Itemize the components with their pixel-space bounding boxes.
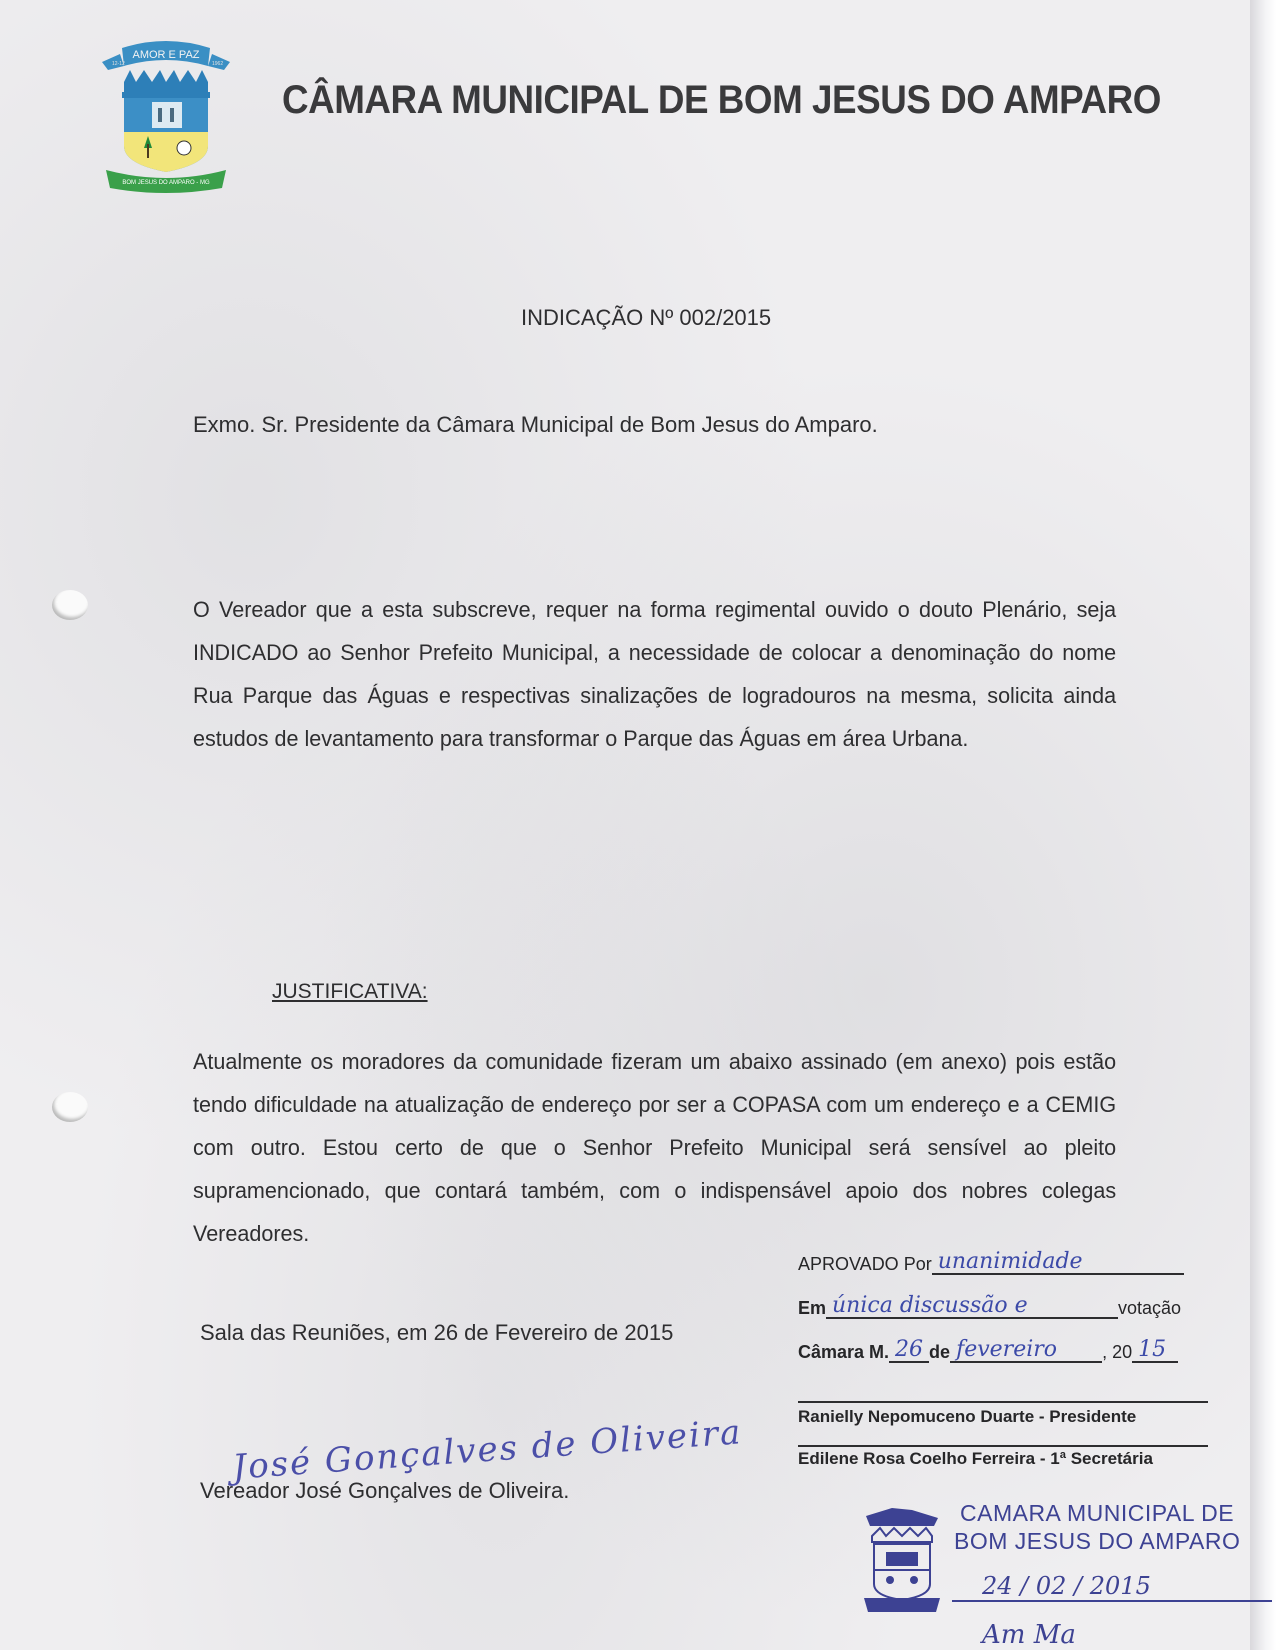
request-paragraph: O Vereador que a esta subscreve, requer … [193, 588, 1116, 760]
chamber-label: Câmara M. [798, 1342, 889, 1363]
justification-paragraph: Atualmente os moradores da comunidade fi… [193, 1040, 1116, 1255]
president-name: Ranielly Nepomuceno Duarte - Presidente [798, 1407, 1136, 1427]
stamp-date: 24 / 02 / 2015 [952, 1572, 1272, 1602]
document-number: INDICAÇÃO Nº 002/2015 [521, 305, 771, 331]
vote-label: votação [1118, 1298, 1181, 1319]
svg-text:12-12: 12-12 [112, 61, 125, 67]
year-prefix: , 20 [1102, 1342, 1132, 1363]
stamp-line-1: CAMARA MUNICIPAL DE [960, 1500, 1234, 1527]
receipt-stamp: CAMARA MUNICIPAL DE BOM JESUS DO AMPARO … [862, 1500, 1242, 1620]
month-value: fevereiro [950, 1339, 1102, 1363]
svg-text:BOM JESUS DO AMPARO - MG: BOM JESUS DO AMPARO - MG [122, 180, 210, 186]
approved-by-label: APROVADO Por [798, 1254, 932, 1275]
place-date: Sala das Reuniões, em 26 de Fevereiro de… [200, 1320, 673, 1346]
discussion-row: Em única discussão e votação [798, 1275, 1218, 1319]
discussion-value: única discussão e [826, 1295, 1118, 1319]
day-value: 26 [889, 1339, 929, 1363]
date-row: Câmara M. 26 de fevereiro , 20 15 [798, 1319, 1218, 1363]
punch-hole [52, 590, 88, 620]
year-value: 15 [1132, 1339, 1178, 1363]
stamp-crest-icon [862, 1504, 942, 1614]
municipal-coat-of-arms-icon: AMOR E PAZ 12-12 1962 BOM JESUS DO AMPAR… [100, 36, 232, 194]
approved-by-value: unanimidade [932, 1251, 1184, 1275]
of-label: de [929, 1342, 950, 1363]
svg-text:1962: 1962 [212, 61, 223, 67]
stamp-initials: Am Ma [982, 1620, 1076, 1650]
secretary-signature-line [798, 1445, 1208, 1447]
page-title: CÂMARA MUNICIPAL DE BOM JESUS DO AMPARO [282, 78, 1161, 123]
salutation: Exmo. Sr. Presidente da Câmara Municipal… [193, 412, 878, 438]
signer-name: Vereador José Gonçalves de Oliveira. [200, 1478, 569, 1504]
punch-hole [52, 1092, 88, 1122]
justification-heading: JUSTIFICATIVA: [272, 980, 428, 1004]
stamp-line-2: BOM JESUS DO AMPARO [954, 1528, 1240, 1555]
in-label: Em [798, 1298, 826, 1319]
svg-text:AMOR E PAZ: AMOR E PAZ [132, 49, 199, 61]
approved-by-row: APROVADO Por unanimidade [798, 1255, 1218, 1275]
approval-block: APROVADO Por unanimidade Em única discus… [798, 1255, 1218, 1363]
page-edge [1250, 0, 1276, 1650]
president-signature-line [798, 1401, 1208, 1403]
secretary-name: Edilene Rosa Coelho Ferreira - 1ª Secret… [798, 1449, 1153, 1469]
